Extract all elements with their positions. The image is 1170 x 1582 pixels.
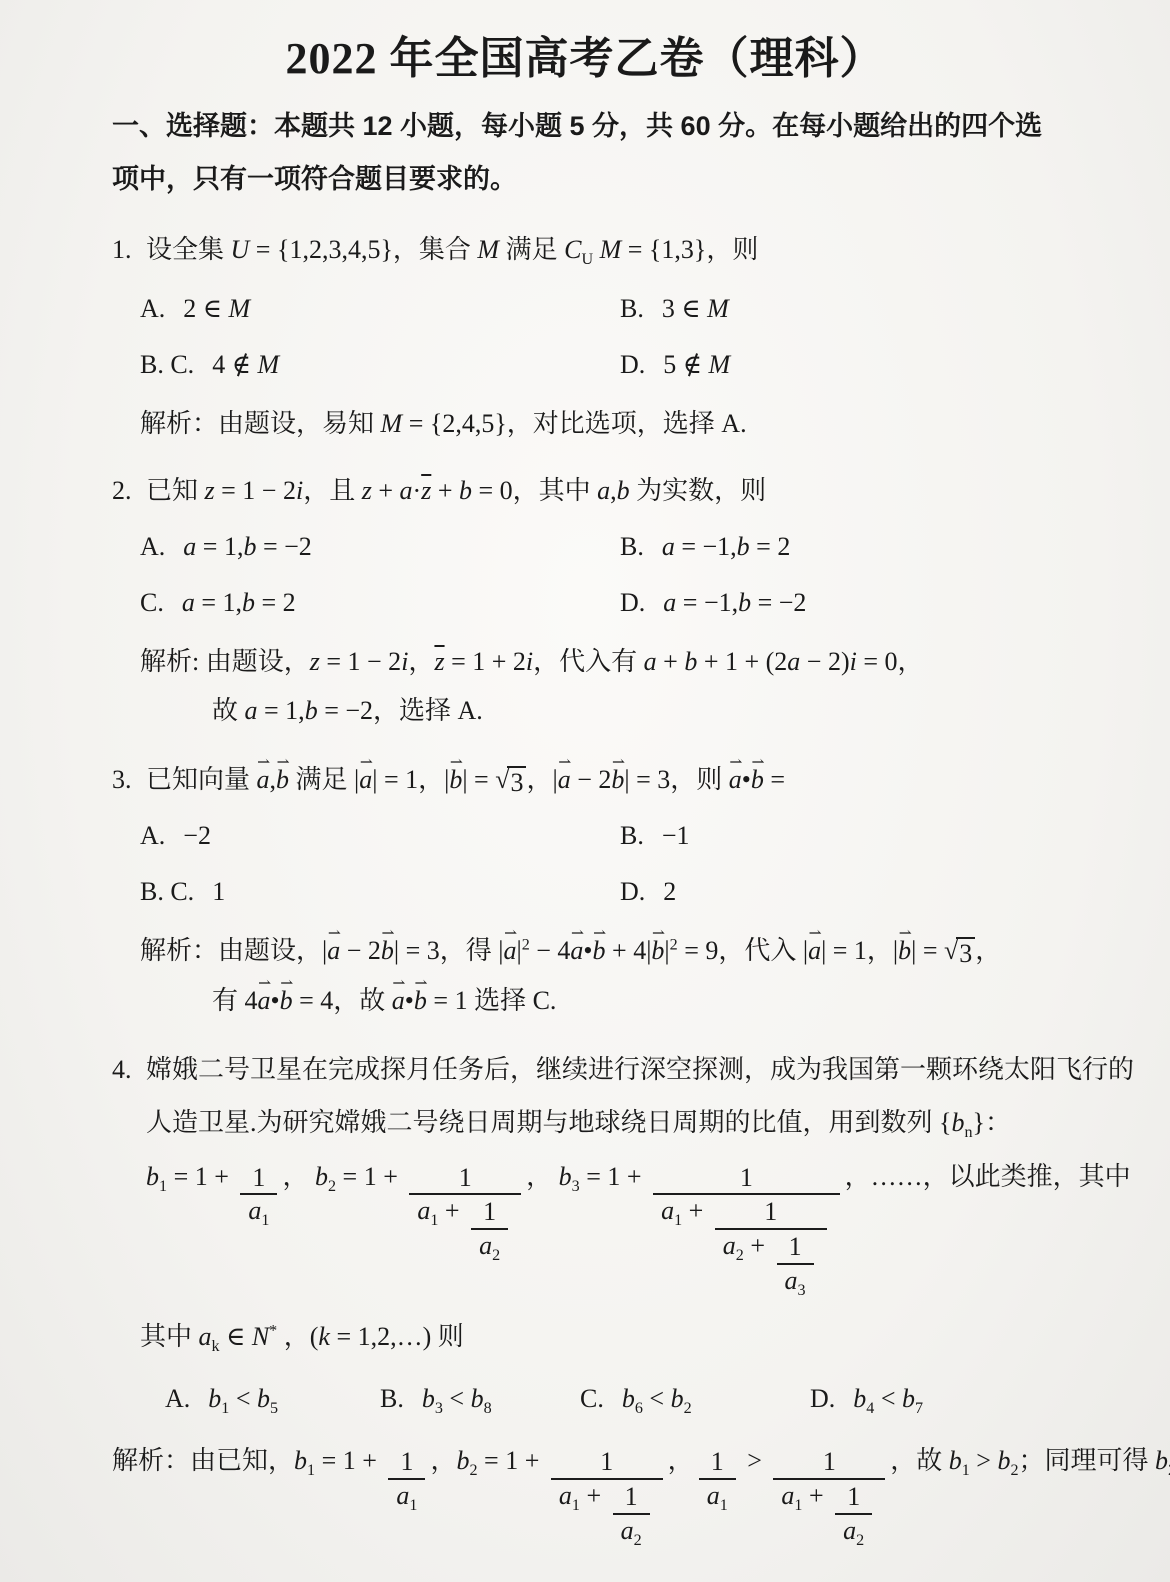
question-3-option-b: B. −1 bbox=[620, 818, 690, 855]
question-3: 3. 已知向量 a,b 满足 |a| = 1，|b| = √3，|a − 2b|… bbox=[0, 762, 1170, 1020]
question-3-options-row-2: B. C. 1 D. 2 bbox=[140, 874, 1170, 911]
instructions-line-1: 一、选择题：本题共 12 小题，每小题 5 分，共 60 分。在每小题给出的四个… bbox=[112, 100, 1120, 153]
question-4-analysis: 解析：由已知，b1 = 1 + 1a1，b2 = 1 + 1a1 + 1a2，1… bbox=[112, 1443, 1170, 1552]
option-content: b6 < b2 bbox=[622, 1381, 692, 1421]
option-label: D. bbox=[620, 874, 645, 911]
question-2-analysis-line-1: 解析: 由题设，z = 1 − 2i，z = 1 + 2i，代入有 a + b … bbox=[140, 644, 1170, 681]
section-instructions: 一、选择题：本题共 12 小题，每小题 5 分，共 60 分。在每小题给出的四个… bbox=[112, 100, 1120, 206]
question-2-options-row-1: A. a = 1,b = −2 B. a = −1,b = 2 bbox=[140, 529, 1170, 566]
question-3-stem: 已知向量 a,b 满足 |a| = 1，|b| = √3，|a − 2b| = … bbox=[146, 762, 825, 799]
question-3-option-a: A. −2 bbox=[140, 818, 620, 855]
option-content: a = 1,b = −2 bbox=[183, 529, 312, 566]
question-4-option-a: A. b1 < b5 bbox=[165, 1381, 380, 1421]
question-2: 2. 已知 z = 1 − 2i，且 z + a·z + b = 0，其中 a,… bbox=[0, 473, 1170, 731]
option-content: −1 bbox=[662, 818, 690, 855]
option-content: a = 1,b = 2 bbox=[182, 585, 296, 622]
option-label: A. bbox=[140, 291, 165, 328]
option-content: 3 ∈ M bbox=[662, 291, 729, 328]
question-1-option-c: B. C. 4 ∉ M bbox=[140, 347, 620, 384]
question-4-option-b: B. b3 < b8 bbox=[380, 1381, 580, 1421]
question-1-number: 1. bbox=[112, 232, 146, 272]
question-4-stem-line-1: 嫦娥二号卫星在完成探月任务后，继续进行深空探测，成为我国第一颗环绕太阳飞行的 bbox=[146, 1052, 1170, 1089]
question-3-analysis-line-2: 有 4a•b = 4，故 a•b = 1 选择 C. bbox=[212, 983, 1170, 1020]
question-4-sequence-formula: b1 = 1 + 1a1， b2 = 1 + 1a1 + 1a2， b3 = 1… bbox=[146, 1159, 1170, 1303]
exam-title: 2022 年全国高考乙卷（理科） bbox=[0, 0, 1170, 86]
question-2-stem: 已知 z = 1 − 2i，且 z + a·z + b = 0，其中 a,b 为… bbox=[146, 473, 806, 510]
option-content: a = −1,b = 2 bbox=[662, 529, 791, 566]
exam-page: 2022 年全国高考乙卷（理科） 一、选择题：本题共 12 小题，每小题 5 分… bbox=[0, 0, 1170, 1582]
question-3-option-c: B. C. 1 bbox=[140, 874, 620, 911]
option-label: B. C. bbox=[140, 874, 194, 911]
option-label: B. C. bbox=[140, 347, 194, 384]
option-label: B. bbox=[380, 1381, 404, 1418]
question-2-analysis-line-2: 故 a = 1,b = −2，选择 A. bbox=[212, 693, 1170, 730]
question-2-option-a: A. a = 1,b = −2 bbox=[140, 529, 620, 566]
question-2-options-row-2: C. a = 1,b = 2 D. a = −1,b = −2 bbox=[140, 585, 1170, 622]
question-1: 1. 设全集 U = {1,2,3,4,5}，集合 M 满足 CU M = {1… bbox=[0, 232, 1170, 443]
question-4-stem-line-2: 人造卫星.为研究嫦娥二号绕日周期与地球绕日周期的比值，用到数列 {bn}： bbox=[146, 1105, 1170, 1145]
question-4-number: 4. bbox=[112, 1052, 146, 1089]
question-4-option-d: D. b4 < b7 bbox=[810, 1381, 923, 1421]
question-1-analysis: 解析：由题设，易知 M = {2,4,5}，对比选项，选择 A. bbox=[140, 406, 1170, 443]
question-2-option-b: B. a = −1,b = 2 bbox=[620, 529, 790, 566]
question-3-number: 3. bbox=[112, 762, 146, 799]
question-4-condition: 其中 ak ∈ N* ，(k = 1,2,…) 则 bbox=[140, 1319, 1170, 1359]
question-2-option-d: D. a = −1,b = −2 bbox=[620, 585, 806, 622]
option-label: D. bbox=[620, 347, 645, 384]
option-content: 2 bbox=[663, 874, 676, 911]
question-1-option-b: B. 3 ∈ M bbox=[620, 291, 729, 328]
option-content: b4 < b7 bbox=[853, 1381, 923, 1421]
question-1-option-a: A. 2 ∈ M bbox=[140, 291, 620, 328]
option-content: 1 bbox=[212, 874, 225, 911]
option-label: A. bbox=[140, 529, 165, 566]
option-content: 4 ∉ M bbox=[212, 347, 279, 384]
option-content: 5 ∉ M bbox=[663, 347, 730, 384]
instructions-line-2: 项中，只有一项符合题目要求的。 bbox=[112, 153, 1120, 206]
question-1-options-row-1: A. 2 ∈ M B. 3 ∈ M bbox=[140, 291, 1170, 328]
option-content: b1 < b5 bbox=[208, 1381, 278, 1421]
option-label: B. bbox=[620, 291, 644, 328]
option-content: −2 bbox=[183, 818, 211, 855]
question-1-option-d: D. 5 ∉ M bbox=[620, 347, 730, 384]
option-content: 2 ∈ M bbox=[183, 291, 250, 328]
question-2-option-c: C. a = 1,b = 2 bbox=[140, 585, 620, 622]
question-4-options-row: A. b1 < b5 B. b3 < b8 C. b6 < b2 D. b4 <… bbox=[165, 1381, 1170, 1421]
question-3-option-d: D. 2 bbox=[620, 874, 676, 911]
question-1-stem: 设全集 U = {1,2,3,4,5}，集合 M 满足 CU M = {1,3}… bbox=[146, 232, 798, 272]
question-4: 4. 嫦娥二号卫星在完成探月任务后，继续进行深空探测，成为我国第一颗环绕太阳飞行… bbox=[0, 1052, 1170, 1552]
option-content: a = −1,b = −2 bbox=[663, 585, 806, 622]
question-3-options-row-1: A. −2 B. −1 bbox=[140, 818, 1170, 855]
option-label: C. bbox=[140, 585, 164, 622]
question-4-option-c: C. b6 < b2 bbox=[580, 1381, 810, 1421]
question-3-analysis-line-1: 解析：由题设，|a − 2b| = 3，得 |a|2 − 4a•b + 4|b|… bbox=[140, 933, 1170, 970]
option-content: b3 < b8 bbox=[422, 1381, 492, 1421]
option-label: A. bbox=[165, 1381, 190, 1418]
option-label: B. bbox=[620, 818, 644, 855]
question-1-options-row-2: B. C. 4 ∉ M D. 5 ∉ M bbox=[140, 347, 1170, 384]
question-2-number: 2. bbox=[112, 473, 146, 510]
option-label: B. bbox=[620, 529, 644, 566]
option-label: D. bbox=[620, 585, 645, 622]
option-label: D. bbox=[810, 1381, 835, 1418]
option-label: C. bbox=[580, 1381, 604, 1418]
option-label: A. bbox=[140, 818, 165, 855]
